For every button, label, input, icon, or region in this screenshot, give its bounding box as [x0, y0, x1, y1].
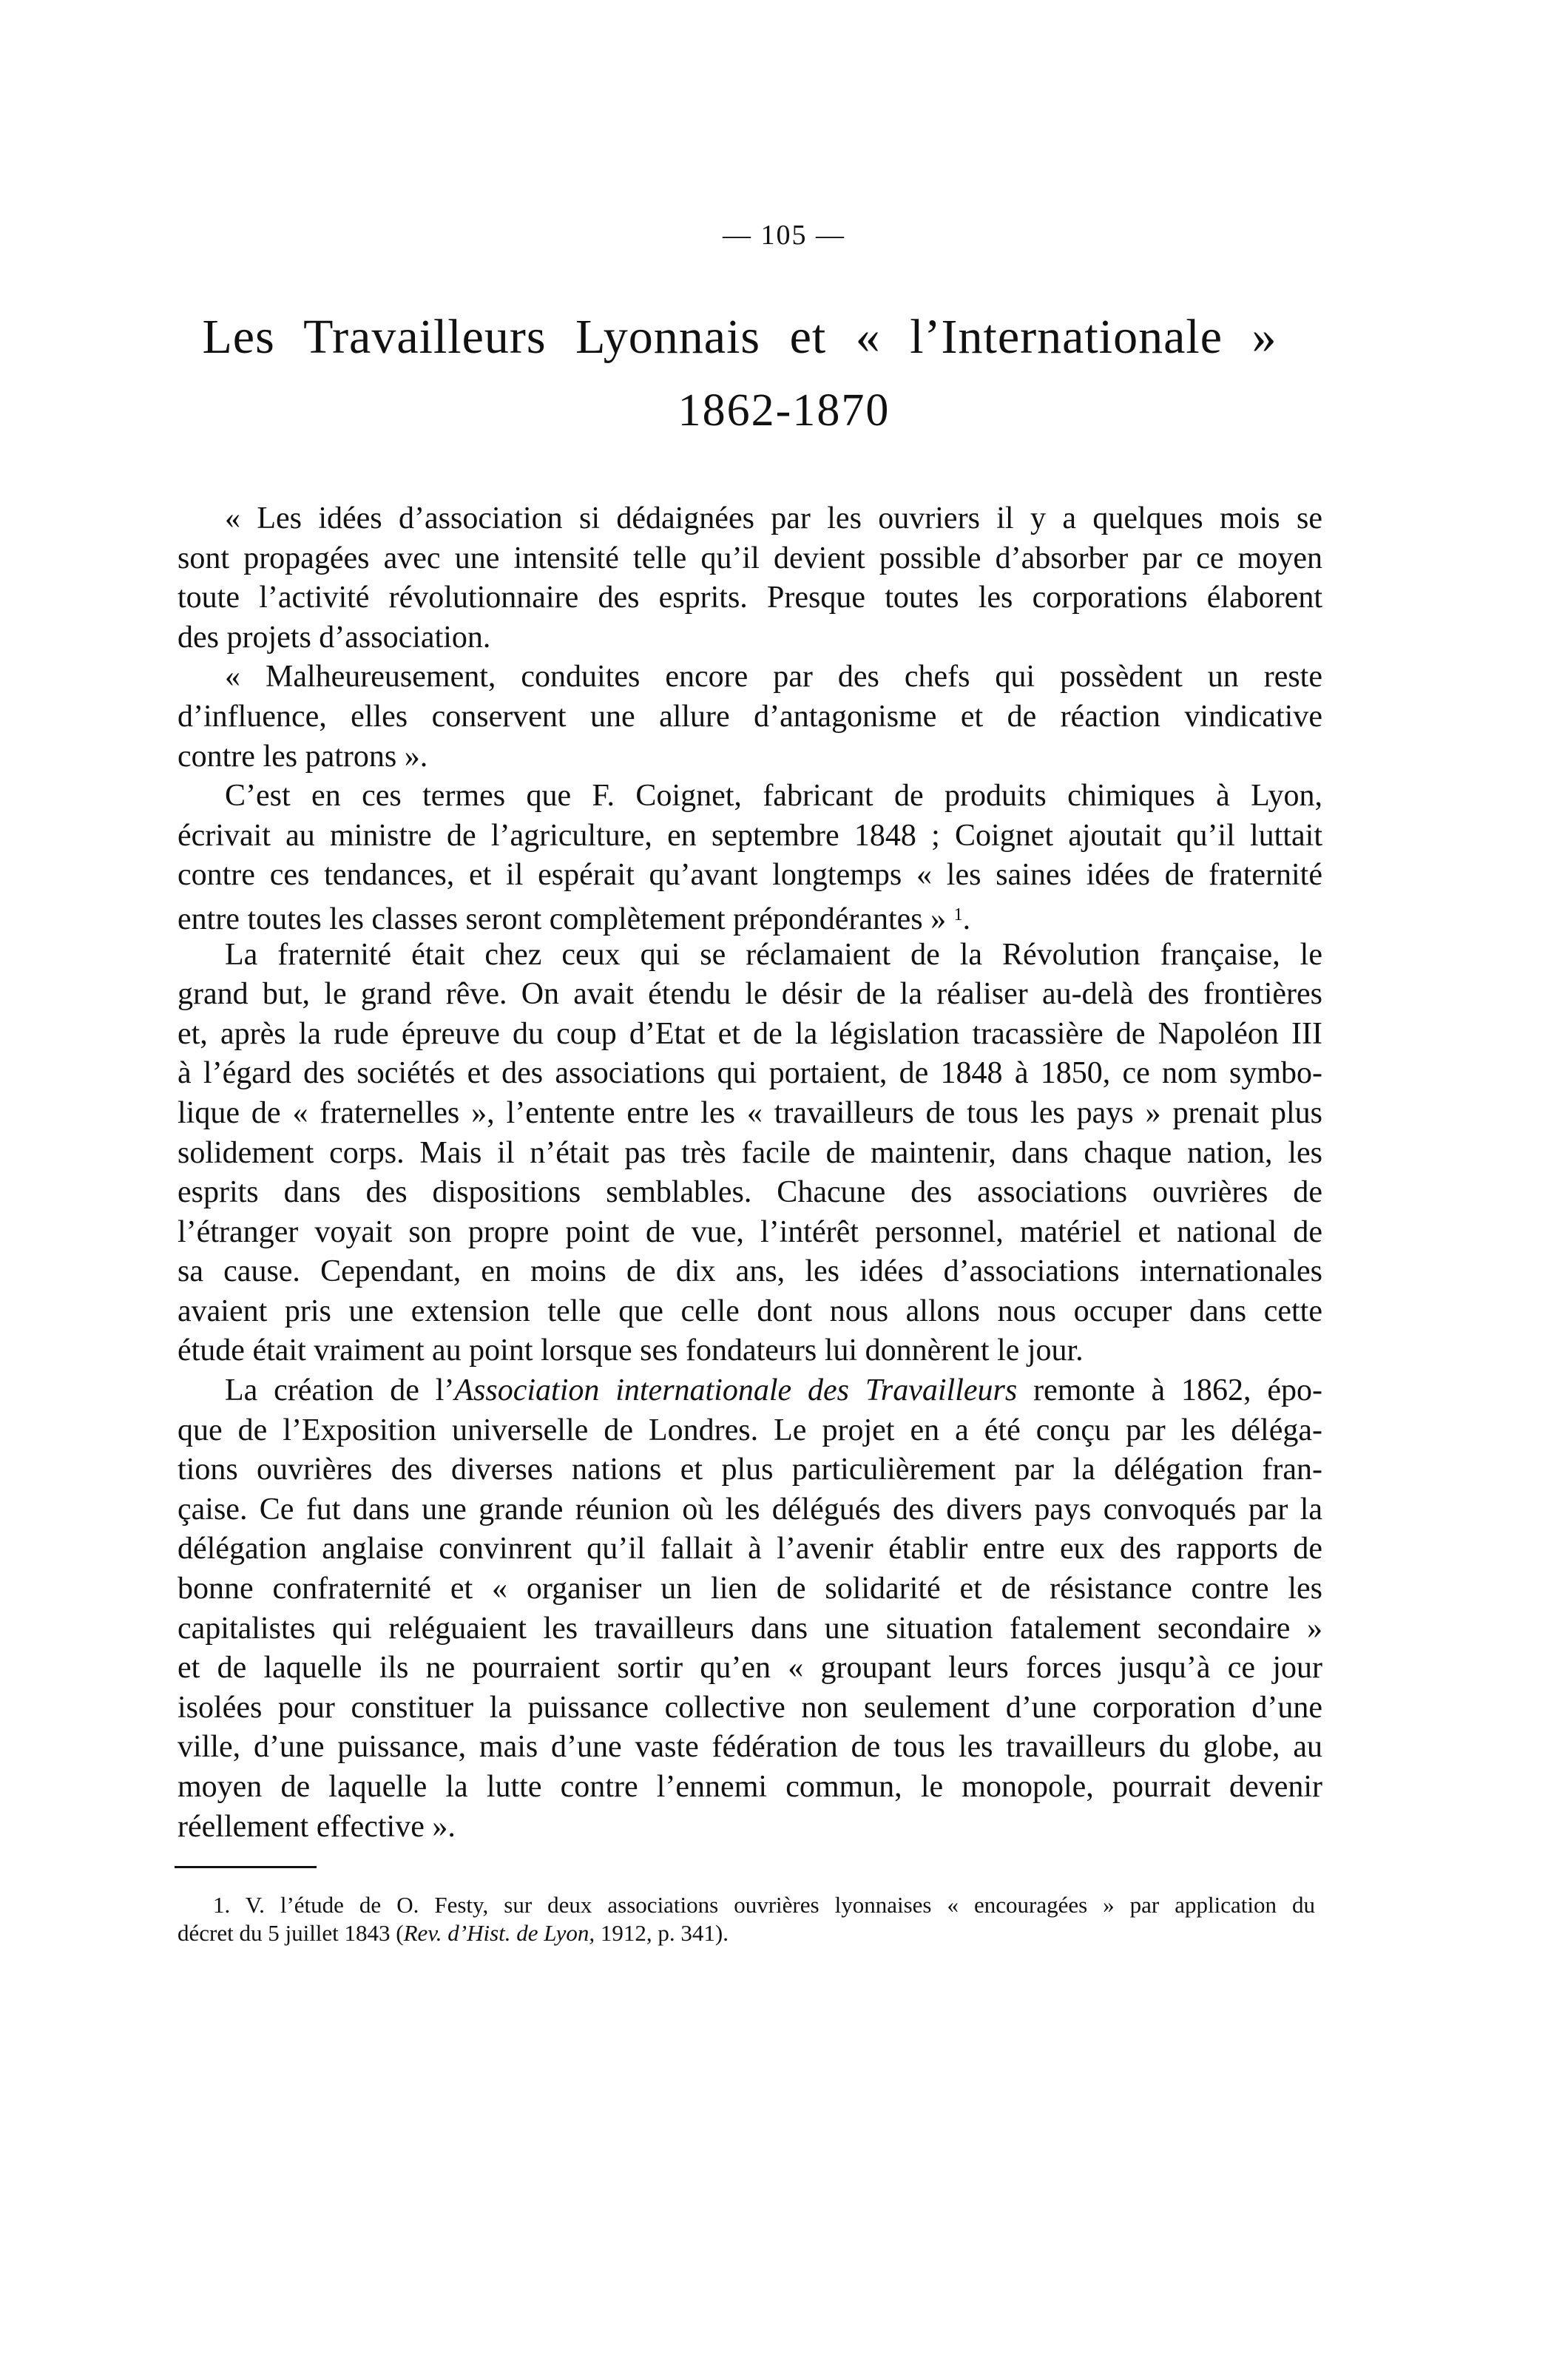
paragraph-5: La création de l’Association internation… — [178, 1371, 1322, 1847]
italic-citation: Rev. d’Hist. de Lyon, — [404, 1920, 595, 1946]
text-line: esprits dans des dispositions semblables… — [178, 1173, 1322, 1213]
text-line: étude était vraiment au point lorsque se… — [178, 1331, 1322, 1371]
text-line: l’étranger voyait son propre point de vu… — [178, 1213, 1322, 1253]
text-segment: 1912, p. 341). — [595, 1920, 729, 1946]
text-line: grand but, le grand rêve. On avait étend… — [178, 975, 1322, 1015]
text-line: entre toutes les classes seront complète… — [178, 896, 1322, 936]
text-line: des projets d’association. — [178, 618, 1322, 658]
footnote-reference[interactable]: 1 — [954, 905, 963, 924]
text-line: d’influence, elles conservent une allure… — [178, 697, 1322, 737]
text-line: et, après la rude épreuve du coup d’Etat… — [178, 1015, 1322, 1055]
text-line: La création de l’Association internation… — [178, 1371, 1322, 1411]
text-line: contre ces tendances, et il espérait qu’… — [178, 856, 1322, 896]
page-number: — 105 — — [0, 219, 1568, 251]
text-line: à l’égard des sociétés et des associatio… — [178, 1054, 1322, 1094]
text-line: « Les idées d’association si dédaignées … — [178, 499, 1322, 539]
text-segment: remonte à 1862, épo- — [1017, 1373, 1322, 1407]
text-line: « Malheureusement, conduites encore par … — [178, 657, 1322, 697]
text-line: que de l’Exposition universelle de Londr… — [178, 1411, 1322, 1451]
text-line: délégation anglaise convinrent qu’il fal… — [178, 1529, 1322, 1569]
text-line: çaise. Ce fut dans une grande réunion où… — [178, 1490, 1322, 1530]
text-segment: La création de l’ — [225, 1373, 454, 1407]
text-line: bonne confraternité et « organiser un li… — [178, 1569, 1322, 1609]
text-line: sont propagées avec une intensité telle … — [178, 539, 1322, 579]
article-title: Les Travailleurs Lyonnais et « l’Interna… — [185, 309, 1294, 365]
text-line: ville, d’une puissance, mais d’une vaste… — [178, 1728, 1322, 1768]
footnote-divider — [175, 1866, 317, 1868]
text-line: sa cause. Cependant, en moins de dix ans… — [178, 1252, 1322, 1292]
punctuation: . — [963, 902, 971, 936]
text-line: lique de « fraternelles », l’entente ent… — [178, 1094, 1322, 1134]
text-line: avaient pris une extension telle que cel… — [178, 1292, 1322, 1332]
text-line: C’est en ces termes que F. Coignet, fabr… — [178, 777, 1322, 817]
footnote-line: 1. V. l’étude de O. Festy, sur deux asso… — [178, 1891, 1315, 1919]
article-dates: 1862-1870 — [0, 385, 1568, 437]
text-segment: entre toutes les classes seront complète… — [178, 902, 946, 936]
text-line: contre les patrons ». — [178, 737, 1322, 777]
paragraph-4: La fraternité était chez ceux qui se réc… — [178, 936, 1322, 1372]
text-line: isolées pour constituer la puissance col… — [178, 1688, 1322, 1728]
text-line: solidement corps. Mais il n’était pas tr… — [178, 1134, 1322, 1174]
italic-title: Association internationale des Travaille… — [454, 1373, 1017, 1407]
text-line: toute l’activité révolutionnaire des esp… — [178, 578, 1322, 618]
text-line: capitalistes qui reléguaient les travail… — [178, 1609, 1322, 1649]
paragraph-3: C’est en ces termes que F. Coignet, fabr… — [178, 777, 1322, 935]
text-line: moyen de laquelle la lutte contre l’enne… — [178, 1768, 1322, 1808]
text-line: et de laquelle ils ne pourraient sortir … — [178, 1649, 1322, 1688]
text-line: réellement effective ». — [178, 1808, 1322, 1847]
text-line: écrivait au ministre de l’agriculture, e… — [178, 817, 1322, 856]
article-body: « Les idées d’association si dédaignées … — [178, 499, 1322, 1847]
footnote-1: 1. V. l’étude de O. Festy, sur deux asso… — [178, 1891, 1315, 1947]
text-line: tions ouvrières des diverses nations et … — [178, 1450, 1322, 1490]
text-segment: décret du 5 juillet 1843 ( — [178, 1920, 404, 1946]
paragraph-2: « Malheureusement, conduites encore par … — [178, 657, 1322, 777]
text-line: La fraternité était chez ceux qui se réc… — [178, 936, 1322, 976]
paragraph-1: « Les idées d’association si dédaignées … — [178, 499, 1322, 657]
footnote-line: décret du 5 juillet 1843 (Rev. d’Hist. d… — [178, 1919, 1315, 1947]
